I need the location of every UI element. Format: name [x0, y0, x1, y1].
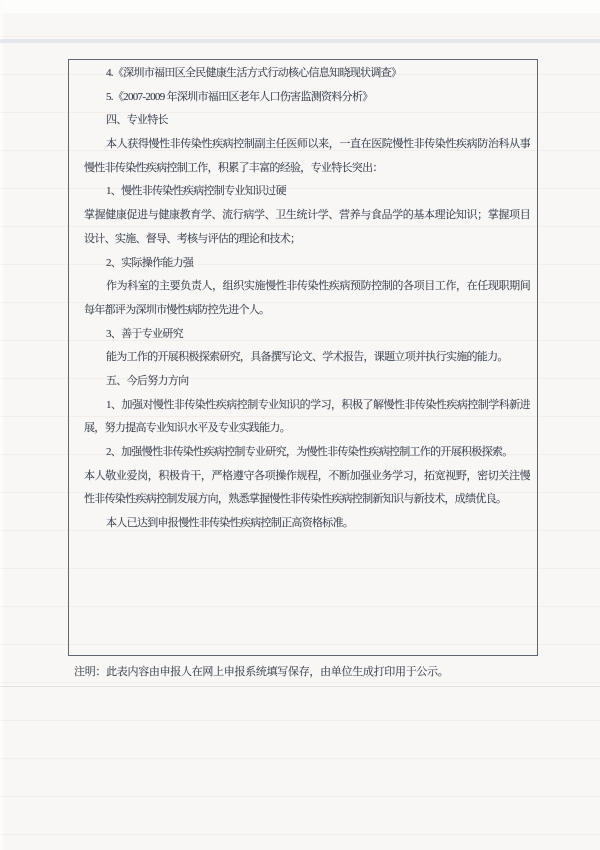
text-line: 1、加强对慢性非传染性疾病控制专业知识的学习，积极了解慢性非传染性疾病控制学科新…: [84, 394, 530, 418]
scan-artifact-left-strip: [0, 0, 3, 850]
scan-artifact-band: [0, 39, 600, 43]
text-line: 2、加强慢性非传染性疾病控制专业研究，为慢性非传染性疾病控制工作的开展积极探索。: [84, 441, 530, 465]
form-cell-border: 4.《深圳市福田区全民健康生活方式行动核心信息知晓现状调查》5.《2007-20…: [68, 59, 538, 656]
form-cell-content: 4.《深圳市福田区全民健康生活方式行动核心信息知晓现状调查》5.《2007-20…: [84, 62, 530, 536]
text-line: 5.《2007-2009 年深圳市福田区老年人口伤害监测资料分析》: [84, 86, 530, 110]
text-line: 2、实际操作能力强: [84, 252, 530, 276]
scan-artifact-line: [0, 686, 600, 687]
text-line: 1、慢性非传染性疾病控制专业知识过硬: [84, 180, 530, 204]
scan-artifact-top-strip: [0, 0, 600, 13]
text-line: 展，努力提高专业知识水平及专业实践能力。: [84, 417, 530, 441]
text-line: 每年都评为深圳市慢性病防控先进个人。: [84, 299, 530, 323]
text-line: 五、今后努力方向: [84, 370, 530, 394]
text-line: 4.《深圳市福田区全民健康生活方式行动核心信息知晓现状调查》: [84, 62, 530, 86]
text-line: 设计、实施、督导、考核与评估的理论和技术；: [84, 228, 530, 252]
text-line: 作为科室的主要负责人，组织实施慢性非传染性疾病预防控制的各项目工作，在任现职期间: [84, 275, 530, 299]
scanned-document-page: 4.《深圳市福田区全民健康生活方式行动核心信息知晓现状调查》5.《2007-20…: [0, 0, 600, 850]
text-line: 本人敬业爱岗，积极肯干，严格遵守各项操作规程，不断加强业务学习，拓宽视野，密切关…: [84, 465, 530, 489]
footer-note: 注明：此表内容由申报人在网上申报系统填写保存，由单位生成打印用于公示。: [74, 663, 449, 679]
text-line: 掌握健康促进与健康教育学、流行病学、卫生统计学、营养与食品学的基本理论知识；掌握…: [84, 204, 530, 228]
text-line: 四、专业特长: [84, 109, 530, 133]
text-line: 慢性非传染性疾病控制工作，积累了丰富的经验，专业特长突出：: [84, 157, 530, 181]
text-line: 能为工作的开展积极探索研究，具备撰写论文、学术报告，课题立项并执行实施的能力。: [84, 346, 530, 370]
text-line: 本人已达到申报慢性非传染性疾病控制正高资格标准。: [84, 512, 530, 536]
text-line: 3、善于专业研究: [84, 323, 530, 347]
text-line: 性非传染性疾病控制发展方向，熟悉掌握慢性非传染性疾病控制新知识与新技术，成绩优良…: [84, 488, 530, 512]
text-line: 本人获得慢性非传染性疾病控制副主任医师以来，一直在医院慢性非传染性疾病防治科从事: [84, 133, 530, 157]
